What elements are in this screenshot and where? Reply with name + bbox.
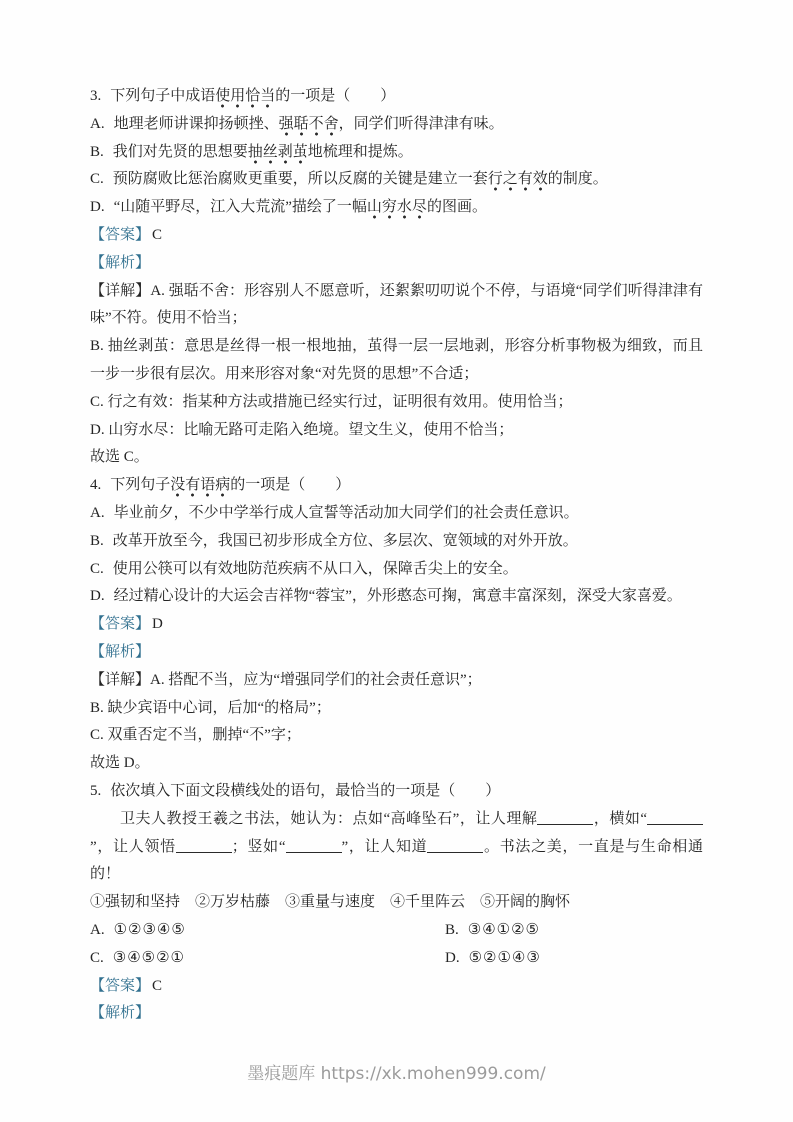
q3-option-b: B.我们对先贤的思想要抽丝剥茧地梳理和提炼。 [90,139,703,167]
option-text: 毕业前夕，不少中学举行成人宣誓等活动加大同学们的社会责任意识。 [114,505,579,521]
option-label: A. [90,505,105,521]
q3-detail-paragraph: B. 抽丝剥茧：意思是丝得一根一根地抽，茧得一层一层地剥，形容分析事物极为细致，… [90,333,703,389]
option-text: “山随平野尽，江入大荒流”描绘了一幅 [114,199,367,215]
q3-conclusion: 故选 C。 [90,444,703,472]
detail-label: 【详解】 [90,672,150,688]
option-label: D. [90,199,105,215]
q4-number: 4. [90,477,101,493]
option-label: A. [90,116,105,132]
q5-option-b: B.③④①②⑤ [445,922,540,938]
option-label: B. [90,144,104,160]
option-emphasis: 抽丝剥茧 [248,144,308,164]
q3-analysis-line: 【解析】 [90,250,703,278]
q5-answer-line: 【答案】C [90,973,703,1001]
analysis-label: 【解析】 [90,255,150,271]
q3-number: 3. [90,88,101,104]
q4-stem-pre: 下列句子 [110,477,170,493]
option-text: 经过精心设计的大运会吉祥物“蓉宝”，外形憨态可掬，寓意丰富深刻，深受大家喜爱。 [114,588,682,604]
q5-passage: 卫夫人教授王羲之书法，她认为：点如“高峰坠石”，让人理解，横如“”，让人领悟；竖… [90,806,703,889]
question-3: 3.下列句子中成语使用恰当的一项是（ ） A.地理老师讲课抑扬顿挫、强聒不舍，同… [90,83,703,472]
q4-detail-paragraph: C. 双重否定不当，删掉“不”字； [90,722,703,750]
passage-text: 卫夫人教授王羲之书法，她认为：点如“高峰坠石”，让人理解 [120,811,537,827]
q5-option-c: C.③④⑤②① [90,945,445,973]
option-text: 地梳理和提炼。 [308,144,413,160]
q3-detail-paragraph: 【详解】A. 强聒不舍：形容别人不愿意听，还絮絮叨叨说个不停，与语境“同学们听得… [90,278,703,334]
q4-detail-paragraph: B. 缺少宾语中心词，后加“的格局”； [90,695,703,723]
q4-option-d: D.经过精心设计的大运会吉祥物“蓉宝”，外形憨态可掬，寓意丰富深刻，深受大家喜爱… [90,583,703,611]
exam-page: 3.下列句子中成语使用恰当的一项是（ ） A.地理老师讲课抑扬顿挫、强聒不舍，同… [0,0,793,1122]
option-label: C. [90,950,104,966]
q4-option-a: A.毕业前夕，不少中学举行成人宣誓等活动加大同学们的社会责任意识。 [90,500,703,528]
analysis-label: 【解析】 [90,644,150,660]
q5-option-a: A.①②③④⑤ [90,917,445,945]
q4-answer-line: 【答案】D [90,611,703,639]
blank-line [176,838,232,853]
q3-detail-paragraph: C. 行之有效：指某种方法或措施已经实行过，证明很有效用。使用恰当； [90,389,703,417]
option-emphasis: 行之有效 [488,171,548,191]
q4-stem-emphasis: 没有语病 [170,477,230,497]
q5-analysis-line: 【解析】 [90,1000,703,1028]
answer-label: 【答案】 [90,227,150,243]
option-emphasis: 山穷水尽 [367,199,427,219]
blank-line [286,838,342,853]
option-label: D. [90,588,105,604]
option-label: B. [445,922,459,938]
q4-conclusion: 故选 D。 [90,750,703,778]
option-label: A. [90,922,105,938]
q4-option-c: C.使用公筷可以有效地防范疾病不从口入，保障舌尖上的安全。 [90,556,703,584]
option-value: ③④①②⑤ [468,922,540,938]
answer-label: 【答案】 [90,616,150,632]
detail-text: A. 搭配不当，应为“增强同学们的社会责任意识”； [150,672,482,688]
detail-text: A. 强聒不舍：形容别人不愿意听，还絮絮叨叨说个不停，与语境“同学们听得津津有味… [90,283,703,327]
option-value: ⑤②①④③ [469,950,541,966]
q4-detail-paragraph: 【详解】A. 搭配不当，应为“增强同学们的社会责任意识”； [90,667,703,695]
q3-stem-emphasis: 使用恰当 [215,88,275,108]
q4-option-b: B.改革开放至今，我国已初步形成全方位、多层次、宽领域的对外开放。 [90,528,703,556]
q3-answer-line: 【答案】C [90,222,703,250]
option-text: 我们对先贤的思想要 [113,144,248,160]
blank-line [647,810,703,825]
q3-stem: 3.下列句子中成语使用恰当的一项是（ ） [90,83,703,111]
option-label: D. [445,950,460,966]
q3-stem-post: 的一项是（ ） [275,88,395,104]
option-text: 预防腐败比惩治腐败更重要，所以反腐的关键是建立一套 [113,171,488,187]
q3-option-c: C.预防腐败比惩治腐败更重要，所以反腐的关键是建立一套行之有效的制度。 [90,166,703,194]
option-label: C. [90,561,104,577]
q4-analysis-line: 【解析】 [90,639,703,667]
q5-option-row: C.③④⑤②①D.⑤②①④③ [90,945,703,973]
q3-stem-pre: 下列句子中成语 [110,88,215,104]
passage-text: ”，让人领悟 [90,839,176,855]
exam-content: 3.下列句子中成语使用恰当的一项是（ ） A.地理老师讲课抑扬顿挫、强聒不舍，同… [90,83,703,1028]
passage-text: ”，让人知道 [342,839,428,855]
option-text: 地理老师讲课抑扬顿挫、 [114,116,279,132]
option-text: 的制度。 [548,171,608,187]
blank-line [427,838,483,853]
q5-option-row: A.①②③④⑤B.③④①②⑤ [90,917,703,945]
option-value: ③④⑤②① [113,950,185,966]
passage-text: ；竖如“ [232,839,286,855]
q5-stem: 5.依次填入下面文段横线处的语句，最恰当的一项是（ ） [90,778,703,806]
question-4: 4.下列句子没有语病的一项是（ ） A.毕业前夕，不少中学举行成人宣誓等活动加大… [90,472,703,778]
option-text: ，同学们听得津津有味。 [339,116,504,132]
blank-line [537,810,593,825]
answer-value: C [152,227,162,243]
answer-label: 【答案】 [90,978,150,994]
option-text: 使用公筷可以有效地防范疾病不从口入，保障舌尖上的安全。 [113,561,518,577]
option-label: B. [90,533,104,549]
analysis-label: 【解析】 [90,1005,150,1021]
q4-stem-post: 的一项是（ ） [230,477,350,493]
answer-value: C [152,978,162,994]
option-text: 的图画。 [427,199,487,215]
option-value: ①②③④⑤ [114,922,186,938]
option-text: 改革开放至今，我国已初步形成全方位、多层次、宽领域的对外开放。 [113,533,578,549]
option-label: C. [90,171,104,187]
passage-text: ，横如“ [593,811,647,827]
q5-number: 5. [90,783,101,799]
watermark-link[interactable]: 墨痕题库 https://xk.mohen999.com/ [0,1062,793,1086]
question-5: 5.依次填入下面文段横线处的语句，最恰当的一项是（ ） 卫夫人教授王羲之书法，她… [90,778,703,1028]
detail-label: 【详解】 [90,283,150,299]
q4-stem: 4.下列句子没有语病的一项是（ ） [90,472,703,500]
q5-stem-text: 依次填入下面文段横线处的语句，最恰当的一项是（ ） [110,783,500,799]
q5-numbered-items: ①强韧和坚持 ②万岁枯藤 ③重量与速度 ④千里阵云 ⑤开阔的胸怀 [90,889,703,917]
answer-value: D [152,616,163,632]
q3-detail-paragraph: D. 山穷水尽：比喻无路可走陷入绝境。望文生义，使用不恰当； [90,417,703,445]
q3-option-d: D.“山随平野尽，江入大荒流”描绘了一幅山穷水尽的图画。 [90,194,703,222]
q3-option-a: A.地理老师讲课抑扬顿挫、强聒不舍，同学们听得津津有味。 [90,111,703,139]
q5-option-d: D.⑤②①④③ [445,950,541,966]
option-emphasis: 强聒不舍 [279,116,339,136]
